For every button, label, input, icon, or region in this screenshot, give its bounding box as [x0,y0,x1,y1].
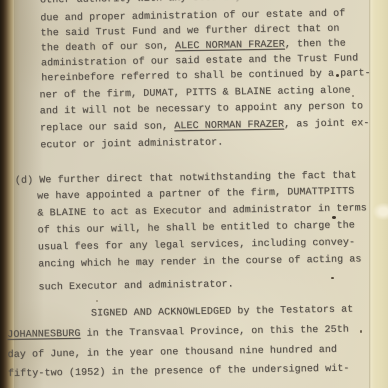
text-line: such Executor and administrator. [38,279,233,294]
underlined-name: JOHANNESBURG [7,329,80,341]
scanned-document-page: other authority with any securitydue and… [0,0,388,388]
text-segment: in the Transvaal Province, on this the 2… [80,325,349,340]
text-segment: the death of our son, [41,41,175,54]
text-line: fifty-two (1952) in the presence of the … [8,364,350,381]
text-line: replace our said son, ALEC NORMAN FRAZER… [40,118,370,135]
text-line: usual fees for any legal services, inclu… [38,237,355,254]
text-line: (d) We further direct that notwithstandi… [15,170,357,187]
text-line: ancing which he may render in the course… [38,254,362,271]
text-segment: other authority with any [40,0,193,6]
text-line: the death of our son, ALEC NORMAN FRAZER… [41,39,346,56]
text-segment: hereinbefore referred to shall be contin… [41,68,371,84]
text-segment: security [192,0,241,4]
document-text: other authority with any securitydue and… [0,0,388,388]
text-line: the said Trust Fund and we further direc… [40,24,339,41]
text-line: ner of the firm, DUMAT, PITTS & BLAINE a… [39,86,350,103]
text-segment: (d) We further direct that notwithstandi… [15,170,357,186]
text-line: JOHANNESBURG in the Transvaal Province, … [7,325,349,342]
text-segment: & BLAINE to act as Executor and administ… [37,203,367,219]
text-line: day of June, in the year one thousand ni… [7,345,337,362]
text-line: administration of our said estate and th… [41,53,358,70]
text-segment: replace our said son, [40,121,174,134]
text-segment: the said Trust Fund and we further direc… [40,24,339,40]
text-line: ecutor or joint administrator. [40,138,223,153]
underlined-name: ALEC NORMAN FRAZER [175,40,285,53]
text-segment: , as joint ex- [284,118,370,130]
text-segment: of this our will, he shall be entitled t… [38,220,355,236]
text-segment: ancing which he may render in the course… [38,254,361,270]
text-line: due and proper administration of our est… [40,9,345,26]
text-segment: due and proper administration of our est… [40,9,345,25]
text-line: we have appointed a partner of the firm,… [37,186,354,203]
text-segment: usual fees for any legal services, inclu… [38,237,355,253]
text-line: and it will not be necessary to appoint … [40,101,364,118]
text-line: other authority with any security [40,0,242,7]
text-segment: such Executor and administrator. [38,279,233,293]
text-segment: SIGNED AND ACKNOWLEDGED by the Testators… [91,304,353,319]
text-segment: fifty-two (1952) in the presence of the … [8,364,350,380]
text-segment: , then the [285,39,346,51]
text-line: & BLAINE to act as Executor and administ… [37,203,367,220]
text-segment: ner of the firm, DUMAT, PITTS & BLAINE a… [39,86,350,102]
text-segment: administration of our said estate and th… [41,53,358,69]
text-line: SIGNED AND ACKNOWLEDGED by the Testators… [91,304,353,320]
text-segment: and it will not be necessary to appoint … [40,101,363,117]
underlined-name: ALEC NORMAN FRAZER [174,120,284,133]
text-segment: we have appointed a partner of the firm,… [37,186,354,202]
text-line: hereinbefore referred to shall be contin… [41,68,371,85]
text-segment: ecutor or joint administrator. [40,138,223,152]
text-segment: day of June, in the year one thousand ni… [7,345,337,361]
text-line: of this our will, he shall be entitled t… [38,220,355,237]
